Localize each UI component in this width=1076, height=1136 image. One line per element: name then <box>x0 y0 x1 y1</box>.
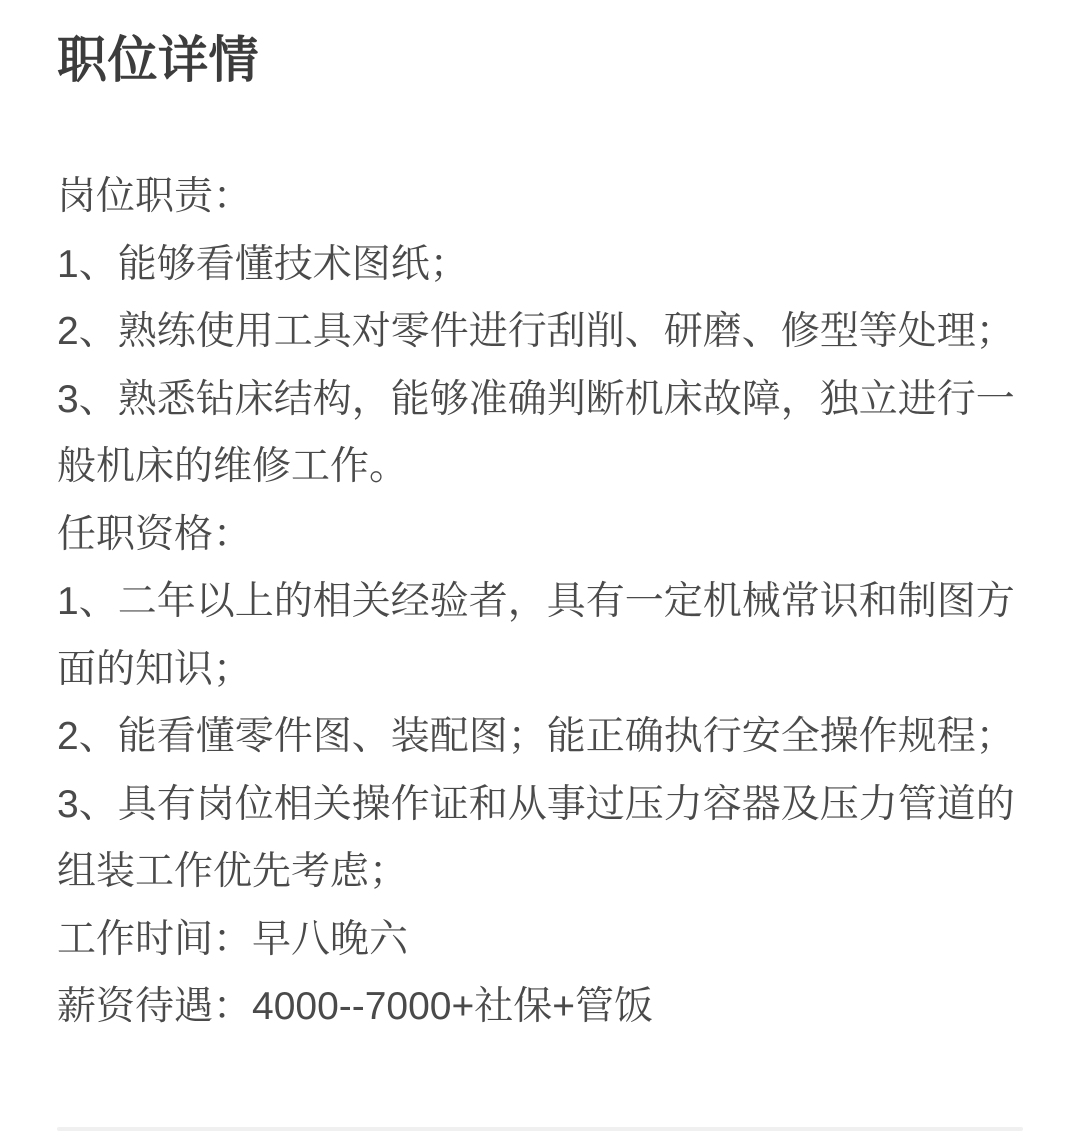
job-description-line: 3、具有岗位相关操作证和从事过压力容器及压力管道的 <box>57 771 1019 839</box>
job-description-line: 薪资待遇：4000--7000+社保+管饭 <box>57 973 1019 1041</box>
job-description-line: 般机床的维修工作。 <box>57 433 1019 501</box>
section-divider <box>57 1127 1023 1131</box>
page-title: 职位详情 <box>57 31 1019 89</box>
job-description-line: 3、熟悉钻床结构，能够准确判断机床故障，独立进行一 <box>57 366 1019 434</box>
job-description-line: 组装工作优先考虑； <box>57 838 1019 906</box>
job-description-line: 1、二年以上的相关经验者，具有一定机械常识和制图方 <box>57 568 1019 636</box>
job-description-line: 面的知识； <box>57 636 1019 704</box>
job-description-line: 1、能够看懂技术图纸； <box>57 231 1019 299</box>
job-description-line: 任职资格： <box>57 501 1019 569</box>
job-detail-content: 职位详情 岗位职责： 1、能够看懂技术图纸； 2、熟练使用工具对零件进行刮削、研… <box>0 0 1076 1131</box>
job-description: 岗位职责： 1、能够看懂技术图纸； 2、熟练使用工具对零件进行刮削、研磨、修型等… <box>57 163 1019 1041</box>
job-description-line: 岗位职责： <box>57 163 1019 231</box>
job-detail-page: 职位详情 岗位职责： 1、能够看懂技术图纸； 2、熟练使用工具对零件进行刮削、研… <box>0 0 1076 1136</box>
job-description-line: 工作时间：早八晚六 <box>57 906 1019 974</box>
job-description-line: 2、熟练使用工具对零件进行刮削、研磨、修型等处理； <box>57 298 1019 366</box>
job-description-line: 2、能看懂零件图、装配图；能正确执行安全操作规程； <box>57 703 1019 771</box>
